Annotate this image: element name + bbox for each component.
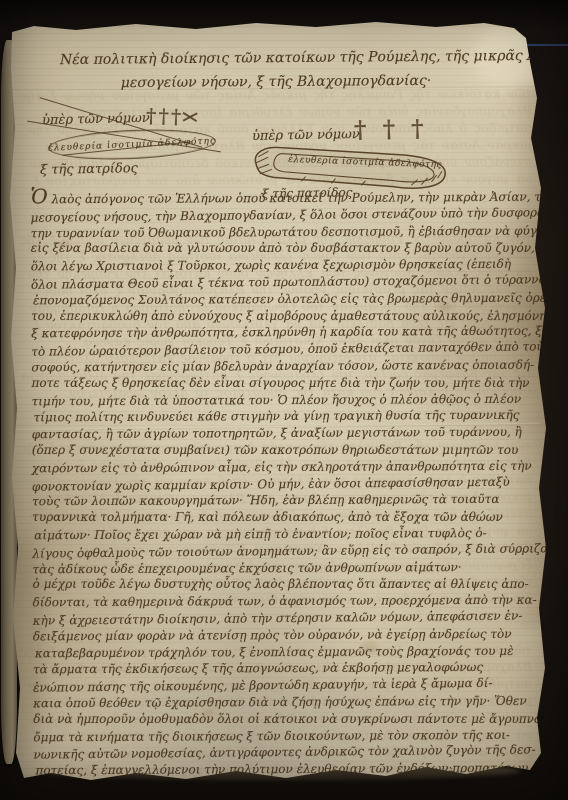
motto-left-invocation: ὑπὲρ τῶν νόμων <box>42 111 150 128</box>
motto-left-subscript: ξ τῆς πατρίδος <box>40 161 138 178</box>
manuscript-line: διὰ νὰ ἠμποροῦν ὁμοθυμαδὸν ὅλοι οἱ κάτοι… <box>33 711 547 728</box>
scribble-mark <box>182 108 198 126</box>
oval-seal-crossed-out: ἐλευθερία ἰσοτιμία ἀδελφότης <box>47 126 216 162</box>
manuscript-line: εἰς ξένα βασίλεια διὰ νὰ γλυτώσουν ἀπὸ τ… <box>31 240 545 257</box>
manuscript-line: τυραννικὰ τολμήματα· Γῆ, καὶ πόλεων ἀδια… <box>32 509 546 526</box>
manuscript-line: ἐπονομαζόμενος Σουλτάνος κατέπεσεν ὁλοτε… <box>33 289 547 308</box>
document-title-line1: Νέα πολιτικὴ διοίκησις τῶν κατοίκων τῆς … <box>60 48 534 68</box>
manuscript-line: (ὅπερ ξ συνεχέστατα συμβαίνει) τῶν κακοτ… <box>32 442 546 459</box>
seal-motto-text: ἐλευθερία ἰσοτιμία ἀδελφότης <box>48 136 216 153</box>
manuscript-line: τίμιος πολίτης κινδυνεύει κάθε στιγμὴν ν… <box>34 407 548 426</box>
body-text: Ὁ λαὸς ἀπόγονος τῶν Ἑλλήνων ὁποῦ κατοικε… <box>30 189 547 780</box>
scanned-manuscript-page: τῶν κατοίκων τῆς Ρούμελης τῆς μικρᾶς Ἀσί… <box>0 0 568 800</box>
document-title-line2: μεσογείων νήσων, ξ τῆς Βλαχομπογδανίας· <box>116 73 436 91</box>
cross-icon: ††† <box>146 103 184 128</box>
manuscript-line: του, ἐπερικυκλώθη ἀπὸ εὐνούχους ξ αἱμοβό… <box>31 308 545 325</box>
cross-icon: ††† <box>354 113 440 143</box>
manuscript-line: ὁ μέχρι τοῦδε λέγω δυστυχὴς οὗτος λαὸς β… <box>33 576 547 593</box>
manuscript-paper: τῶν κατοίκων τῆς Ρούμελης τῆς μικρᾶς Ἀσί… <box>6 18 548 790</box>
page-number: 3 <box>537 52 545 67</box>
manuscript-line: ποτε τάξεως ξ θρησκείας δὲν εἶναι σίγουρ… <box>31 375 545 392</box>
manuscript-line: φαντασίας, ἢ τῶν ἀγρίων τοποτηρητῶν, ξ ἀ… <box>32 424 546 443</box>
manuscript-line: καταβεβαρυμένον τράχηλόν του, ξ ἐνοπλίσα… <box>35 642 549 661</box>
